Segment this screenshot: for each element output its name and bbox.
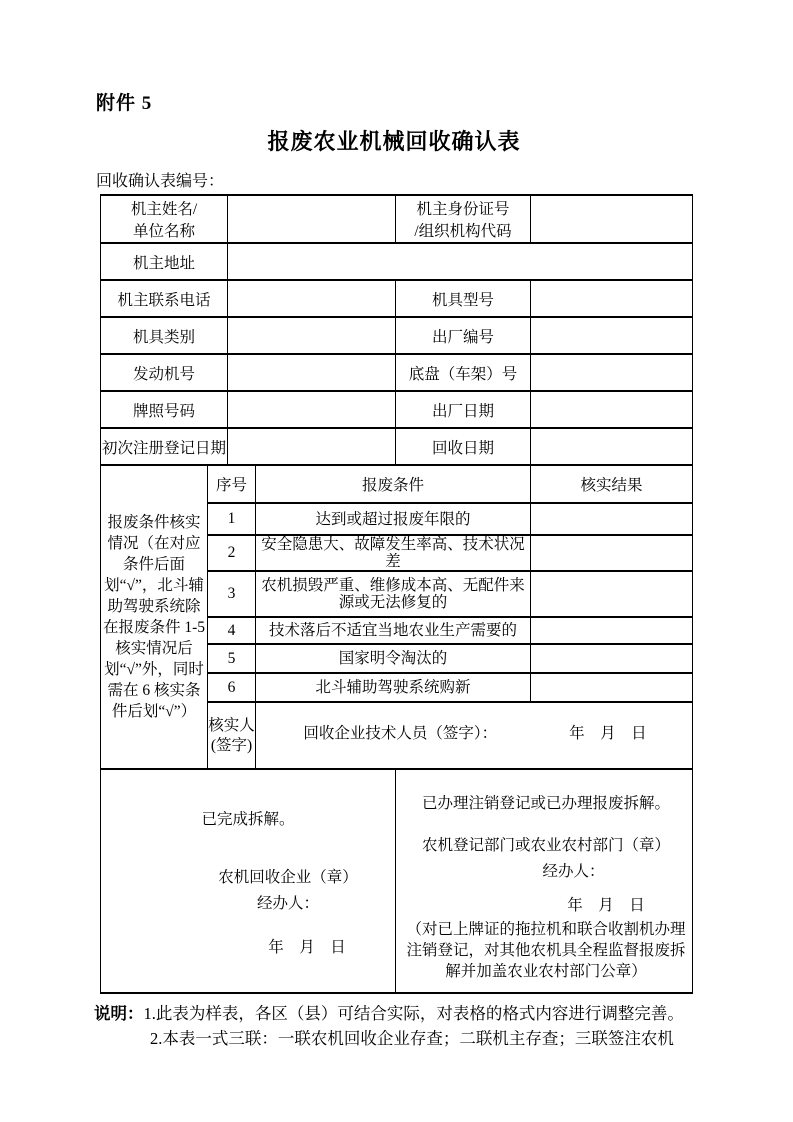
- condition-no: 2: [208, 535, 256, 571]
- table-row: 报废条件核实情况（在对应条件后面划“√”，北斗辅助驾驶系统除在报废条件 1-5 …: [101, 465, 693, 503]
- condition-result-cell[interactable]: [531, 503, 693, 535]
- owner-phone-label: 机主联系电话: [101, 280, 228, 317]
- condition-result-cell[interactable]: [531, 571, 693, 617]
- factory-number-value[interactable]: [531, 317, 693, 354]
- condition-text: 安全隐患大、故障发生率高、技术状况差: [256, 535, 531, 571]
- verifier-signature-cell[interactable]: 回收企业技术人员（签字）：年 月 日: [256, 702, 693, 769]
- dismantle-statement: 已完成拆解。: [107, 809, 389, 831]
- condition-result-cell[interactable]: [531, 673, 693, 702]
- machine-model-value[interactable]: [531, 280, 693, 317]
- condition-text: 农机损毁严重、维修成本高、无配件来源或无法修复的: [256, 571, 531, 617]
- owner-id-value[interactable]: [531, 195, 693, 243]
- owner-address-label: 机主地址: [101, 243, 228, 280]
- condition-no: 4: [208, 617, 256, 644]
- first-registration-date-value[interactable]: [228, 428, 396, 465]
- col-header-no: 序号: [208, 465, 256, 503]
- factory-number-label: 出厂编号: [396, 317, 531, 354]
- deregistration-statement: 已办理注销登记或已办理报废拆解。: [404, 793, 688, 815]
- form-number-label: 回收确认表编号：: [96, 168, 700, 191]
- document-page: 附件 5 报废农业机械回收确认表 回收确认表编号： 机主姓名/ 单位名称 机主身…: [0, 0, 700, 1051]
- condition-no: 3: [208, 571, 256, 617]
- table-row: 机主联系电话 机具型号: [101, 280, 693, 317]
- attachment-label: 附件 5: [96, 88, 700, 115]
- recycle-date-label: 回收日期: [396, 428, 531, 465]
- engine-number-label: 发动机号: [101, 354, 228, 391]
- chassis-number-value[interactable]: [531, 354, 693, 391]
- owner-address-value[interactable]: [228, 243, 693, 280]
- recycler-handler-label: 经办人：: [187, 893, 389, 915]
- machine-model-label: 机具型号: [396, 280, 531, 317]
- condition-no: 5: [208, 644, 256, 673]
- factory-date-label: 出厂日期: [396, 391, 531, 428]
- registration-org-stamp-label: 农机登记部门或农业农村部门（章）: [404, 835, 688, 857]
- note-item-1: 1.此表为样表，各区（县）可结合实际，对表格的格式内容进行调整完善。: [144, 1001, 684, 1026]
- owner-name-value[interactable]: [228, 195, 396, 243]
- condition-text: 北斗辅助驾驶系统购新: [256, 673, 531, 702]
- recycler-confirmation-cell[interactable]: 已完成拆解。 农机回收企业（章） 经办人： 年 月 日: [101, 769, 396, 993]
- confirmation-row: 已完成拆解。 农机回收企业（章） 经办人： 年 月 日 已办理注销登记或已办理报…: [101, 769, 693, 993]
- owner-name-label: 机主姓名/ 单位名称: [101, 195, 228, 243]
- table-row: 初次注册登记日期 回收日期: [101, 428, 693, 465]
- plate-number-value[interactable]: [228, 391, 396, 428]
- condition-result-cell[interactable]: [531, 535, 693, 571]
- registration-handler-label: 经办人：: [459, 861, 688, 883]
- col-header-result: 核实结果: [531, 465, 693, 503]
- engine-number-value[interactable]: [228, 354, 396, 391]
- registration-note: （对已上牌证的拖拉机和联合收割机办理注销登记，对其他农机具全程监督报废拆解并加盖…: [404, 919, 688, 982]
- verifier-label: 核实人 (签字): [208, 702, 256, 769]
- recycle-confirmation-table: 机主姓名/ 单位名称 机主身份证号 /组织机构代码 机主地址 机主联系电话 机具…: [100, 194, 693, 994]
- machine-category-value[interactable]: [228, 317, 396, 354]
- table-row: 机主地址: [101, 243, 693, 280]
- table-row: 机主姓名/ 单位名称 机主身份证号 /组织机构代码: [101, 195, 693, 243]
- page-title: 报废农业机械回收确认表: [96, 125, 692, 156]
- table-row: 牌照号码 出厂日期: [101, 391, 693, 428]
- condition-no: 1: [208, 503, 256, 535]
- notes-section: 说明： 1.此表为样表，各区（县）可结合实际，对表格的格式内容进行调整完善。 2…: [94, 1001, 719, 1051]
- condition-text: 技术落后不适宜当地农业生产需要的: [256, 617, 531, 644]
- registration-date-placeholder: 年 月 日: [524, 895, 688, 917]
- conditions-sidebar-note: 报废条件核实情况（在对应条件后面划“√”，北斗辅助驾驶系统除在报废条件 1-5 …: [101, 465, 208, 769]
- notes-label: 说明：: [94, 1001, 144, 1026]
- verifier-sign-line: 回收企业技术人员（签字）：: [303, 725, 497, 742]
- recycle-date-value[interactable]: [531, 428, 693, 465]
- condition-no: 6: [208, 673, 256, 702]
- condition-result-cell[interactable]: [531, 617, 693, 644]
- verifier-date: 年 月 日: [569, 721, 647, 743]
- col-header-condition: 报废条件: [256, 465, 531, 503]
- factory-date-value[interactable]: [531, 391, 693, 428]
- owner-id-label: 机主身份证号 /组织机构代码: [396, 195, 531, 243]
- first-registration-date-label: 初次注册登记日期: [101, 428, 228, 465]
- machine-category-label: 机具类别: [101, 317, 228, 354]
- chassis-number-label: 底盘（车架）号: [396, 354, 531, 391]
- table-row: 发动机号 底盘（车架）号: [101, 354, 693, 391]
- registration-confirmation-cell[interactable]: 已办理注销登记或已办理报废拆解。 农机登记部门或农业农村部门（章） 经办人： 年…: [396, 769, 693, 993]
- condition-result-cell[interactable]: [531, 644, 693, 673]
- note-item-2: 2.本表一式三联：一联农机回收企业存查；二联机主存查；三联签注农机: [94, 1026, 719, 1051]
- table-row: 机具类别 出厂编号: [101, 317, 693, 354]
- condition-text: 国家明令淘汰的: [256, 644, 531, 673]
- recycler-org-stamp-label: 农机回收企业（章）: [187, 867, 389, 889]
- recycler-date-placeholder: 年 月 日: [225, 937, 389, 959]
- condition-text: 达到或超过报废年限的: [256, 503, 531, 535]
- owner-phone-value[interactable]: [228, 280, 396, 317]
- plate-number-label: 牌照号码: [101, 391, 228, 428]
